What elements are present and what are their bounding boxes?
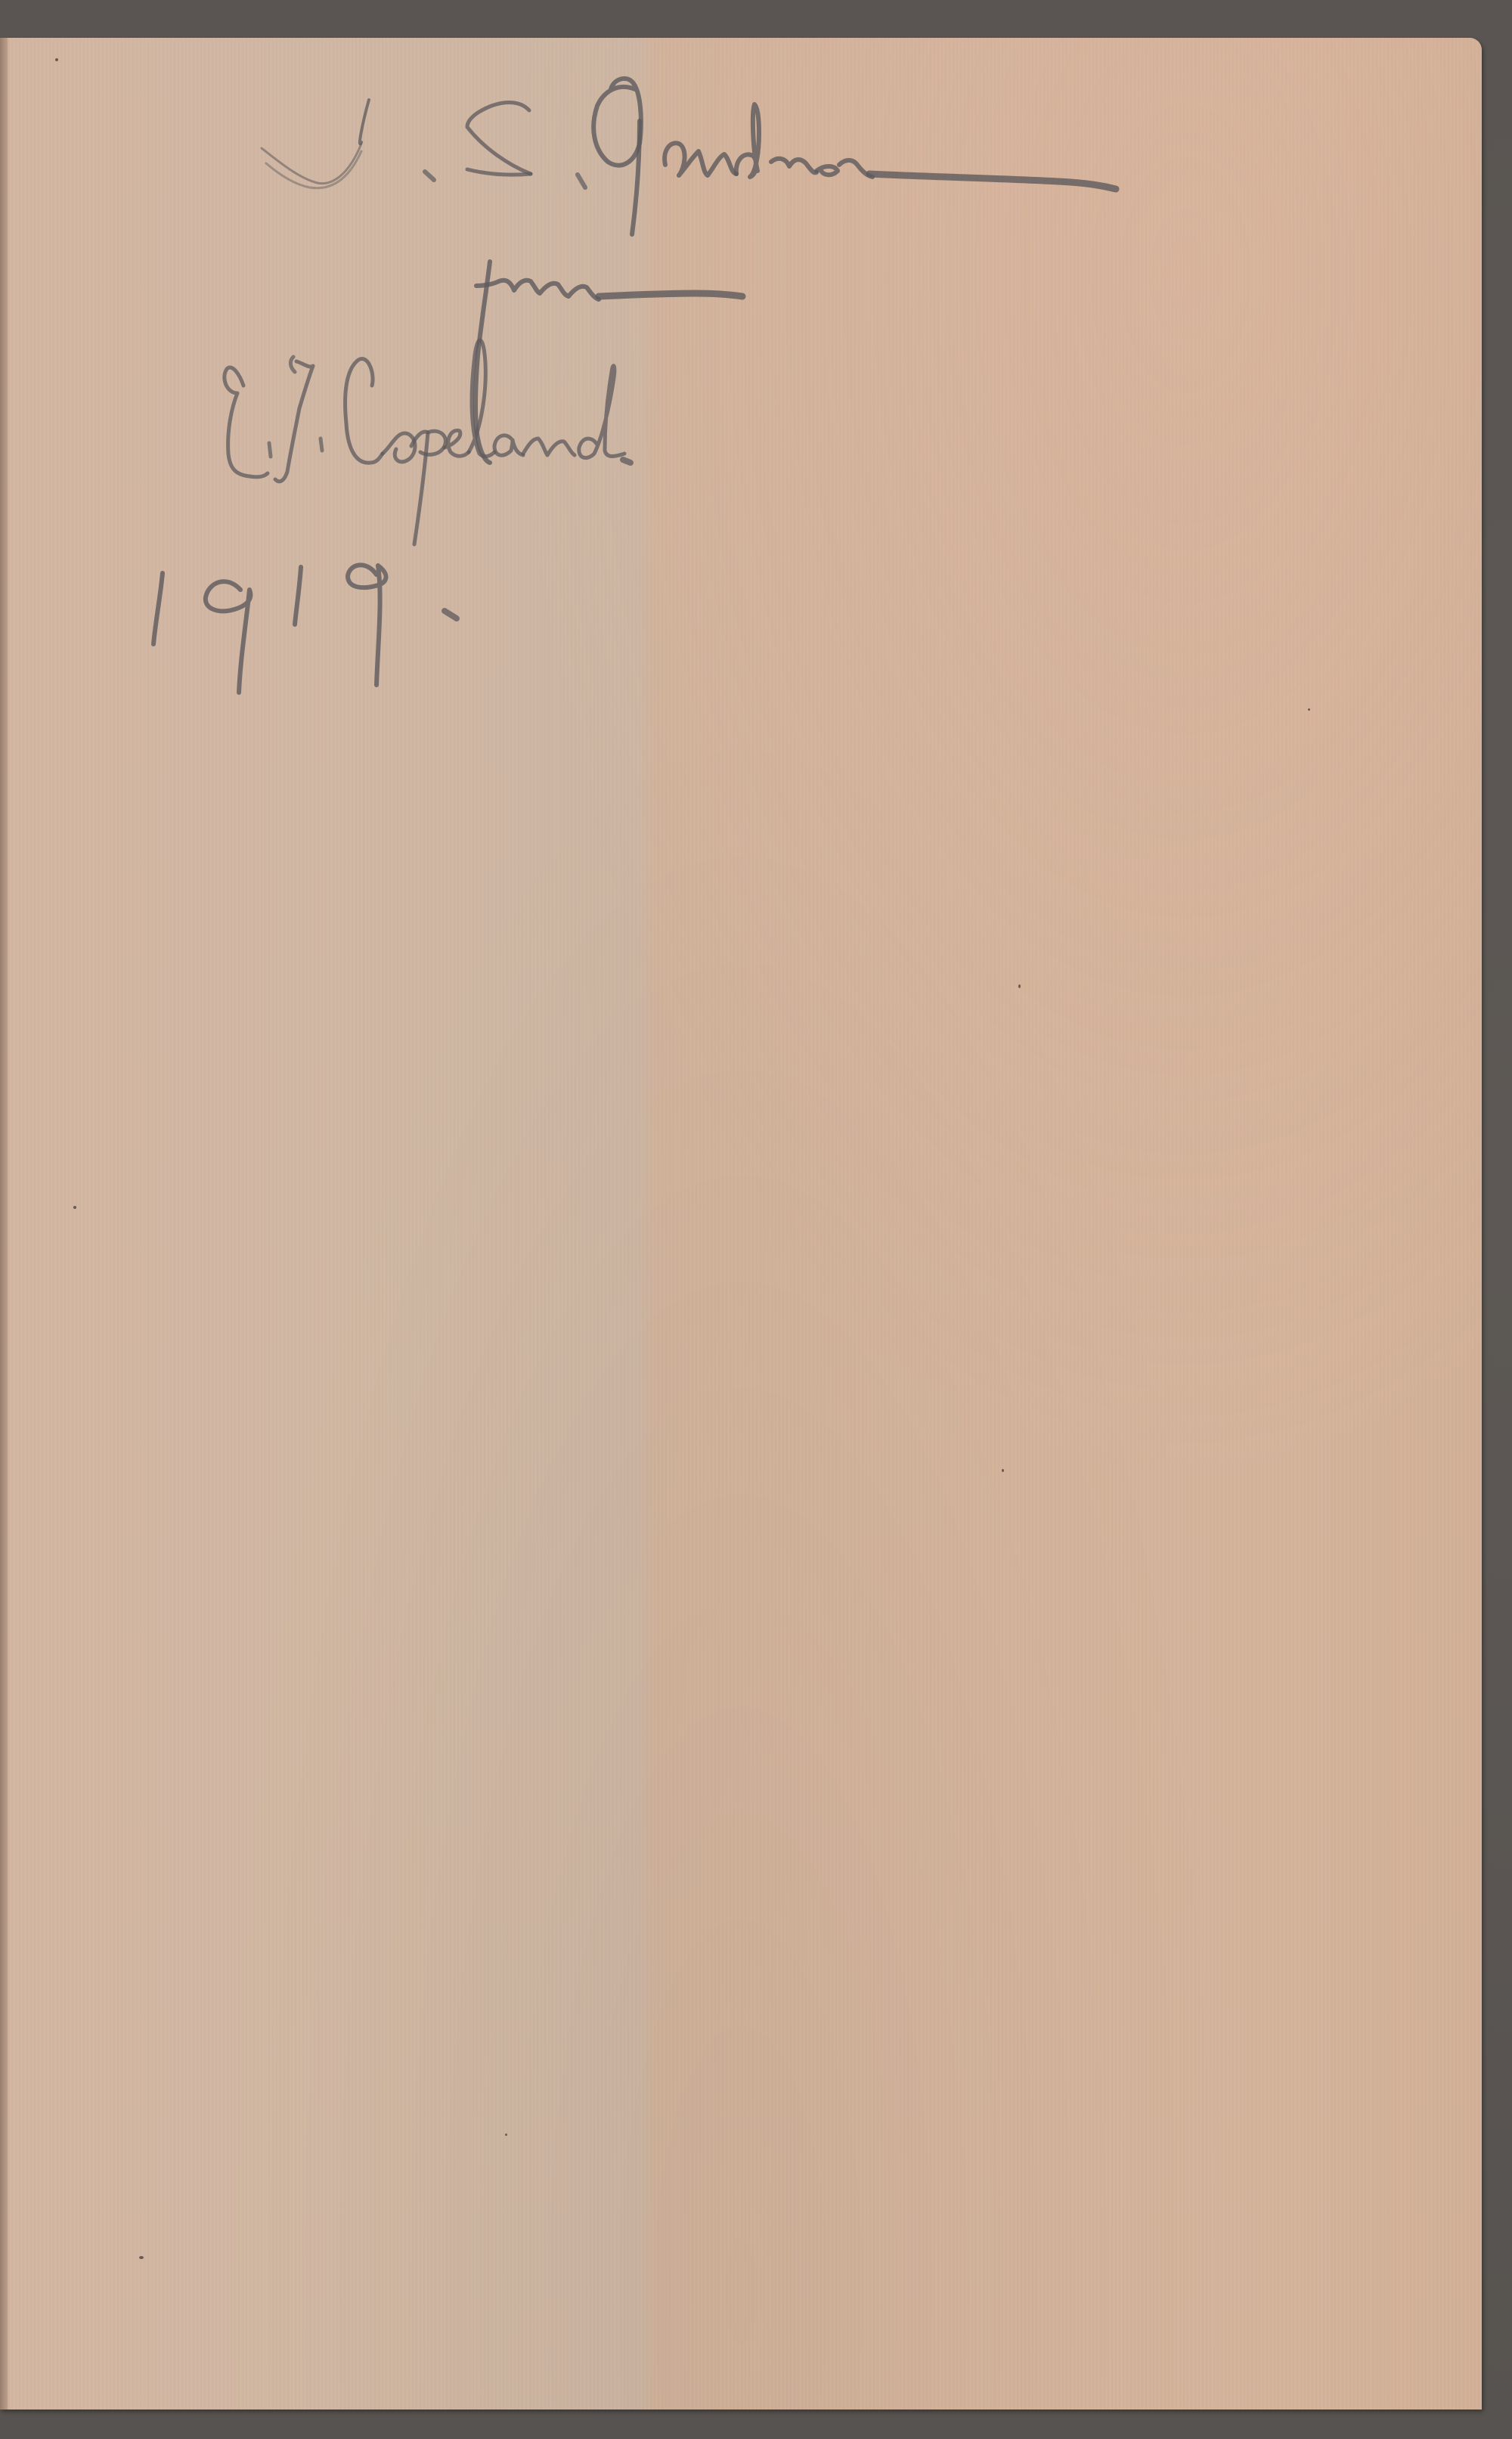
paper-speck <box>55 58 58 61</box>
paper-speck <box>73 1206 76 1209</box>
paper-speck <box>1002 1469 1004 1472</box>
paper-speck <box>1018 984 1021 988</box>
paper-speck <box>1308 708 1310 711</box>
paper-speck <box>505 2134 507 2136</box>
inscription-from: from <box>484 249 647 329</box>
inscription-giver: C. T. Copeland. <box>242 355 993 470</box>
inscription-year: 1919. <box>147 567 407 672</box>
binding-edge <box>0 38 8 2410</box>
paper-speck <box>139 2256 144 2259</box>
inscription-recipient: I. S. Gardner <box>265 113 858 218</box>
